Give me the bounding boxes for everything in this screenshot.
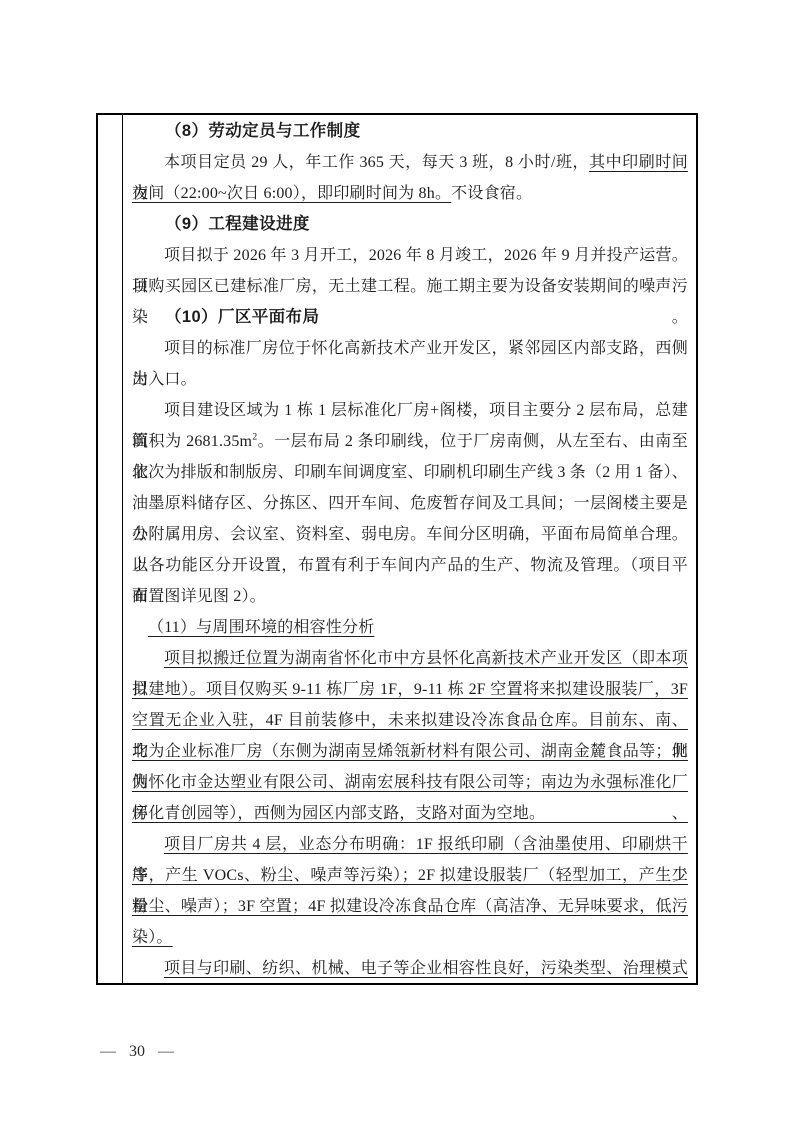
text-segment: 粉尘、噪声）；3F 空置；4F 拟建设冷冻食品仓库（高洁净、无异味要求，低污 bbox=[132, 898, 688, 915]
text-segment: 染）。 bbox=[132, 929, 173, 946]
table-gutter-column bbox=[98, 115, 123, 983]
text-line: 拟建地）。项目仅购买 9-11 栋厂房 1F，9-11 栋 2F 空置将来拟建设… bbox=[132, 674, 688, 705]
text-line: 为怀化市金达塑业有限公司、湖南宏展科技有限公司等；南边为永强标准化厂房、 bbox=[132, 767, 688, 798]
text-line: 依次为排版和制版房、印刷车间调度室、印刷机印刷生产线 3 条（2 用 1 备）、 bbox=[132, 457, 688, 488]
text-line: 均为企业标准厂房（东侧为湖南昱烯瓴新材料有限公司、湖南金麓食品等；北侧 bbox=[132, 736, 688, 767]
text-segment: 本项目定员 29 人，年工作 365 天，每天 3 班，8 小时/班， bbox=[164, 154, 589, 171]
text-line: 公附属用房、会议室、资料室、弱电房。车间分区明确，平面布局简单合理。以 bbox=[132, 519, 688, 550]
text-line: （11）与周围环境的相容性分析 bbox=[132, 612, 688, 643]
text-line: 夜间（22:00~次日 6:00），即印刷时间为 8h。不设食宿。 bbox=[132, 178, 688, 209]
text-line: 项目拟搬迁位置为湖南省怀化市中方县怀化高新技术产业开发区（即本项目 bbox=[132, 643, 688, 674]
text-line: 上各功能区分开设置，布置有利于车间内产品的生产、物流及管理。（项目平面 bbox=[132, 550, 688, 581]
text-line: 目购买园区已建标准厂房，无土建工程。施工期主要为设备安装期间的噪声污染。 bbox=[132, 271, 688, 302]
document-table: （8）劳动定员与工作制度本项目定员 29 人，年工作 365 天，每天 3 班，… bbox=[96, 113, 698, 985]
text-segment: （8）劳动定员与工作制度 bbox=[165, 122, 360, 140]
text-line: 空置无企业入驻，4F 目前装修中，未来拟建设冷冻食品仓库。目前东、南、北侧 bbox=[132, 705, 688, 736]
text-line: 项目拟于 2026 年 3 月开工，2026 年 8 月竣工，2026 年 9 … bbox=[132, 240, 688, 271]
text-line: 油墨原料储存区、分拣区、四开车间、危废暂存间及工具间；一层阁楼主要是办 bbox=[132, 488, 688, 519]
footer-dash-right: — bbox=[158, 1043, 174, 1061]
heading-line: （8）劳动定员与工作制度 bbox=[132, 116, 688, 147]
text-segment: 不设食宿。 bbox=[451, 185, 532, 202]
document-page: （8）劳动定员与工作制度本项目定员 29 人，年工作 365 天，每天 3 班，… bbox=[0, 0, 793, 1122]
text-line: 项目与印刷、纺织、机械、电子等企业相容性良好，污染类型、治理模式兼 bbox=[132, 953, 688, 983]
text-line: 染）。 bbox=[132, 922, 688, 953]
text-line: 项目厂房共 4 层，业态分布明确：1F 报纸印刷（含油墨使用、印刷烘干等工 bbox=[132, 829, 688, 860]
text-line: 序，产生 VOCs、粉尘、噪声等污染）；2F 拟建设服装厂（轻型加工，产生少量 bbox=[132, 860, 688, 891]
text-segment: 项目与印刷、纺织、机械、电子等企业相容性良好，污染类型、治理模式兼 bbox=[132, 960, 688, 983]
text-segment: （10）厂区平面布局 bbox=[165, 308, 319, 326]
text-segment: （11）与周围环境的相容性分析 bbox=[148, 619, 374, 636]
text-line: 布置图详见图 2）。 bbox=[132, 581, 688, 612]
text-segment: 怀化青创园等），西侧为园区内部支路，支路对面为空地。 bbox=[132, 805, 545, 822]
text-segment: 依次为排版和制版房、印刷车间调度室、印刷机印刷生产线 3 条（2 用 1 备）、 bbox=[132, 464, 688, 481]
text-line: 面积为 2681.35m2。一层布局 2 条印刷线，位于厂房南侧，从左至右、由南… bbox=[132, 426, 688, 457]
page-footer: — 30 — bbox=[100, 1041, 174, 1063]
text-segment: 面积为 2681.35m bbox=[132, 433, 252, 450]
page-number: 30 bbox=[129, 1043, 145, 1061]
footer-dash-left: — bbox=[100, 1043, 116, 1061]
text-line: 出入口。 bbox=[132, 364, 688, 395]
text-line: 本项目定员 29 人，年工作 365 天，每天 3 班，8 小时/班，其中印刷时… bbox=[132, 147, 688, 178]
text-segment: 拟建地）。项目仅购买 9-11 栋厂房 1F，9-11 栋 2F 空置将来拟建设… bbox=[132, 681, 688, 698]
text-line: 项目的标准厂房位于怀化高新技术产业开发区，紧邻园区内部支路，西侧为 bbox=[132, 333, 688, 364]
content-cell: （8）劳动定员与工作制度本项目定员 29 人，年工作 365 天，每天 3 班，… bbox=[123, 115, 696, 983]
text-segment: 夜间（22:00~次日 6:00），即印刷时间为 8h。 bbox=[132, 185, 451, 202]
text-segment: 布置图详见图 2）。 bbox=[132, 588, 266, 605]
text-line: 粉尘、噪声）；3F 空置；4F 拟建设冷冻食品仓库（高洁净、无异味要求，低污 bbox=[132, 891, 688, 922]
heading-line: （9）工程建设进度 bbox=[132, 209, 688, 240]
text-line: 项目建设区域为 1 栋 1 层标准化厂房+阁楼，项目主要分 2 层布局，总建筑 bbox=[132, 395, 688, 426]
text-segment: （9）工程建设进度 bbox=[165, 215, 310, 233]
text-segment: 出入口。 bbox=[132, 371, 197, 388]
